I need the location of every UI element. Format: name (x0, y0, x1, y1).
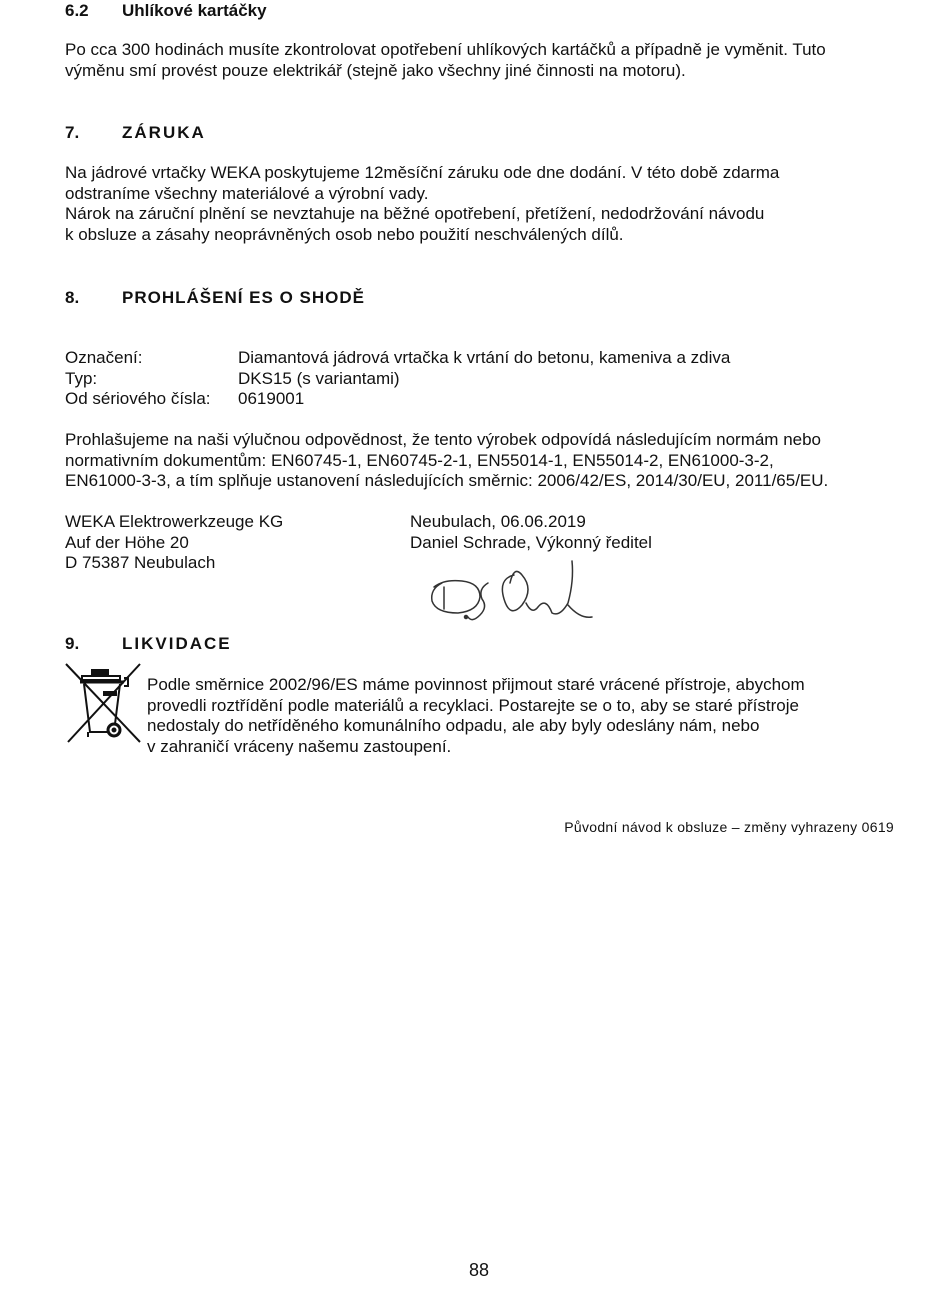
body-line: Po cca 300 hodinách musíte zkontrolovat … (65, 40, 826, 61)
crossed-out-wheelie-bin-icon (64, 662, 144, 744)
field-row-designation: Označení: Diamantová jádrová vrtačka k v… (65, 348, 730, 369)
section-9-number: 9. (65, 634, 79, 654)
body-line: Na jádrové vrtačky WEKA poskytujeme 12mě… (65, 163, 779, 184)
body-line: k obsluze a zásahy neoprávněných osob ne… (65, 225, 779, 246)
section-6-2-body: Po cca 300 hodinách musíte zkontrolovat … (65, 40, 826, 81)
section-8-number: 8. (65, 288, 79, 308)
field-row-type: Typ: DKS15 (s variantami) (65, 369, 730, 390)
body-line: provedli roztřídění podle materiálů a re… (147, 696, 805, 717)
product-info-table: Označení: Diamantová jádrová vrtačka k v… (65, 348, 730, 410)
body-line: odstraníme všechny materiálové a výrobní… (65, 184, 779, 205)
address-line: WEKA Elektrowerkzeuge KG (65, 512, 283, 533)
address-line: Auf der Höhe 20 (65, 533, 283, 554)
section-9-body: Podle směrnice 2002/96/ES máme povinnost… (147, 675, 805, 758)
section-6-2-number: 6.2 (65, 1, 89, 21)
signatory-name: Daniel Schrade, Výkonný ředitel (410, 533, 652, 554)
declaration-text: Prohlašujeme na naši výlučnou odpovědnos… (65, 430, 828, 492)
field-row-serial: Od sériového čísla: 0619001 (65, 389, 730, 410)
section-9-title: LIKVIDACE (122, 634, 232, 654)
section-7-title: ZÁRUKA (122, 123, 206, 143)
field-value: DKS15 (s variantami) (238, 369, 400, 390)
body-line: Podle směrnice 2002/96/ES máme povinnost… (147, 675, 805, 696)
field-label: Typ: (65, 369, 238, 390)
address-line: D 75387 Neubulach (65, 553, 283, 574)
body-line: Prohlašujeme na naši výlučnou odpovědnos… (65, 430, 828, 451)
footer-note: Původní návod k obsluze – změny vyhrazen… (564, 819, 894, 835)
body-line: výměnu smí provést pouze elektrikář (ste… (65, 61, 826, 82)
section-8-title: PROHLÁŠENÍ ES O SHODĚ (122, 288, 365, 308)
section-6-2-title: Uhlíkové kartáčky (122, 1, 267, 21)
signature-icon (422, 555, 602, 633)
section-7-number: 7. (65, 123, 79, 143)
field-value: 0619001 (238, 389, 304, 410)
body-line: normativním dokumentům: EN60745-1, EN607… (65, 451, 828, 472)
signatory-block: Neubulach, 06.06.2019 Daniel Schrade, Vý… (410, 512, 652, 553)
field-label: Označení: (65, 348, 238, 369)
body-line: nedostaly do netříděného komunálního odp… (147, 716, 805, 737)
section-7-body: Na jádrové vrtačky WEKA poskytujeme 12mě… (65, 163, 779, 246)
field-label: Od sériového čísla: (65, 389, 238, 410)
body-line: Nárok na záruční plnění se nevztahuje na… (65, 204, 779, 225)
company-address: WEKA Elektrowerkzeuge KG Auf der Höhe 20… (65, 512, 283, 574)
field-value: Diamantová jádrová vrtačka k vrtání do b… (238, 348, 730, 369)
body-line: v zahraničí vráceny našemu zastoupení. (147, 737, 805, 758)
page-number: 88 (0, 1260, 950, 1281)
body-line: EN61000-3-3, a tím splňuje ustanovení ná… (65, 471, 828, 492)
place-date: Neubulach, 06.06.2019 (410, 512, 652, 533)
